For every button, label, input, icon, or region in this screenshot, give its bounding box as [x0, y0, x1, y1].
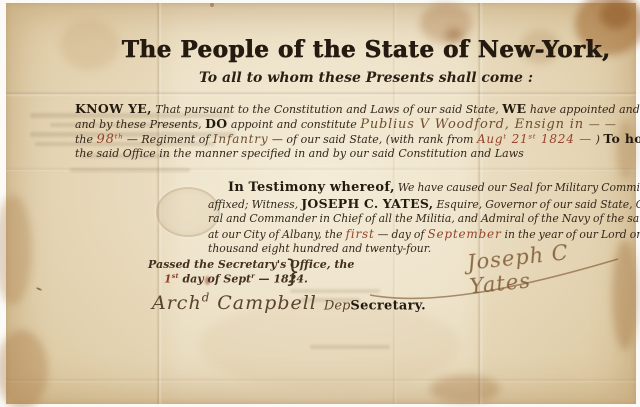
body-line-2: and by these Presents, DO appoint and co…: [75, 116, 617, 132]
handwritten-day: first: [346, 227, 375, 241]
handwritten-month: September: [427, 227, 501, 241]
secretary-printed-text: Secretary.: [350, 298, 426, 313]
in-testimony-text: In Testimony whereof,: [228, 180, 395, 195]
ink-speck: [210, 3, 214, 7]
paper-stain: [616, 120, 636, 180]
paper-stain: [0, 330, 48, 407]
know-ye-text: KNOW YE,: [75, 101, 152, 116]
deputy-secretary-signature: Archd Campbell: [152, 292, 324, 314]
handwritten-appointee-name: Publius V Woodford, Ensign in: [360, 117, 589, 132]
document-paper: The People of the State of New-York, To …: [6, 3, 636, 404]
governor-name-text: JOSEPH C. YATES,: [301, 196, 433, 211]
handwritten-rank-date: Aug: [477, 132, 503, 146]
brace-glyph: }: [285, 254, 300, 289]
paper-stain: [600, 1, 632, 29]
passed-office-line-1: Passed the Secretary's Office, the: [148, 258, 354, 271]
handwritten-regiment-number: 98: [97, 132, 115, 147]
body-line-3: the 98th — Regiment of Infantry — of our…: [75, 131, 640, 147]
document-title: The People of the State of New-York,: [76, 36, 640, 63]
to-hold-text: To hold: [603, 131, 640, 146]
document-subtitle: To all to whom these Presents shall come…: [76, 70, 640, 86]
testimony-line-3: ral and Commander in Chief of all the Mi…: [208, 212, 640, 225]
body-line-1: KNOW YE, That pursuant to the Constituti…: [75, 101, 640, 116]
testimony-line-1: In Testimony whereof, We have caused our…: [228, 180, 640, 195]
secretary-line: Archd Campbell DepSecretary.: [152, 291, 426, 314]
testimony-line-2: affixed; Witness, JOSEPH C. YATES, Esqui…: [208, 196, 640, 211]
paper-stain: [430, 375, 500, 403]
body-line-4: the said Office in the manner specified …: [75, 147, 524, 160]
page-background: The People of the State of New-York, To …: [0, 0, 640, 407]
bleedthrough-text: [300, 345, 390, 357]
handwritten-branch: Infantry: [213, 132, 269, 146]
